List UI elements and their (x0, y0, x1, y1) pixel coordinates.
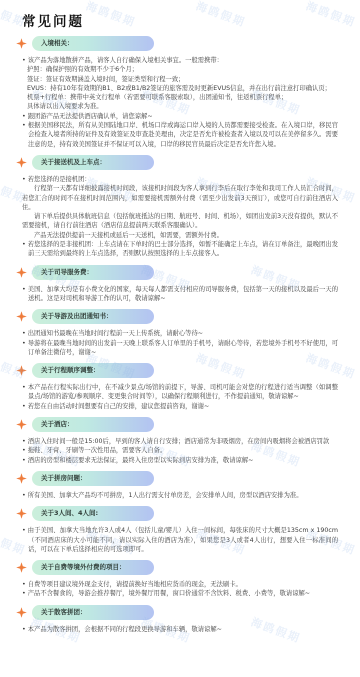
section-body: 若您选择的是接机团：行程第一天都有详细披露接机时间段，该接机时间段为客人拿到行李… (22, 175, 338, 259)
faq-page: 海鸥假期海鸥假期海鸥假期海鸥假期海鸥假期海鸥假期海鸥假期海鸥假期海鸥假期海鸥假期… (0, 0, 360, 677)
section-header-pill: 关于自费等境外付费的项目： (32, 560, 154, 575)
sparkle-icon (16, 473, 27, 484)
faq-paragraph: 导游将在最晚当地时间的出发前一天晚上联系客人订单里的手机号，请耐心等待，若您境外… (22, 339, 338, 358)
section-header-pill: 关于3人间、4人间: (32, 506, 154, 521)
faq-section: 关于接送机及上车点：若您选择的是接机团：行程第一天都有详细披露接机时间段，该接机… (22, 155, 338, 259)
faq-paragraph: EVUS：持有10年有效期的B1、B2或B1/B2签证的旅客需及时更新EVUS信… (22, 84, 338, 93)
section-body: 本产品为散客拼团，会根据不同的行程段更换导游和车辆，敬请谅解~ (22, 625, 338, 634)
section-body: 所有美国、加拿大产品均不可拼房，1人出行需支付单房差，会安排单人间，房型以酒店安… (22, 491, 338, 500)
faq-section: 入境相关：该产品为落地散拼产品，请客人自行确保入境相关事宜。一般需携带：护照：确… (22, 36, 338, 149)
section-header-pill: 入境相关： (32, 36, 154, 51)
faq-paragraph: 出团通知书最晚在当地时间行程前一天上传系统，请耐心等待~ (22, 329, 338, 338)
faq-paragraph: 请下单后提供具体航班信息（包括航班抵达的日期、航班号、时间、机场），如团出发前3… (22, 212, 338, 231)
faq-paragraph: 跟团游产品无法提供酒店确认单，请您谅解~ (22, 112, 338, 121)
sparkle-icon (16, 508, 27, 519)
section-header-row: 关于导游及出团通知书： (16, 309, 338, 324)
section-header-row: 关于行程顺序调整： (16, 363, 338, 378)
sparkle-icon (16, 365, 27, 376)
section-body: 美国、加拿大均是有小费文化的国家，每天每人都需支付相应的司导服务费，包括第一天的… (22, 285, 338, 304)
faq-paragraph: 机票+行程单：携带中英文行程单（若需要可联系客服索取），出团通知书，往返机票行程… (22, 93, 338, 102)
sparkle-icon (16, 311, 27, 322)
section-body: 酒店入住时间一般是15:00后，早到的客人请自行安排；酒店通常为非吸烟房，在房间… (22, 437, 338, 465)
faq-paragraph: 护照：确保护照的有效期不少于6个月； (22, 65, 338, 74)
faq-paragraph: 产品不含餐食的，导游会推荐餐厅，境外餐厅用餐，窗口价通常不含饮料、税费、小费等，… (22, 589, 338, 598)
faq-section: 关于司导服务费：美国、加拿大均是有小费文化的国家，每天每人都需支付相应的司导服务… (22, 265, 338, 304)
section-header-pill: 关于行程顺序调整： (32, 363, 154, 378)
sparkle-icon (16, 267, 27, 278)
page-title: 常见问题 (22, 10, 338, 30)
sparkle-icon (16, 157, 27, 168)
faq-paragraph: 行程第一天都有详细披露接机时间段，该接机时间段为客人拿到行李后在取行李处和我司工… (22, 184, 338, 212)
section-header-pill: 关于拼房问题： (32, 471, 154, 486)
section-header-row: 关于司导服务费： (16, 265, 338, 280)
faq-section: 关于拼房问题：所有美国、加拿大产品均不可拼房，1人出行需支付单房差，会安排单人间… (22, 471, 338, 500)
sparkle-icon (16, 562, 27, 573)
section-header-row: 关于拼房问题： (16, 471, 338, 486)
section-body: 由于美国、加拿大当地允许3人或4人（包括儿童/婴儿）入住一间标间，每张床的尺寸大… (22, 526, 338, 554)
faq-paragraph: 若您选择的是非接机团：上车点请在下单时的巴士部分选择，如暂不能确定上车点，请在订… (22, 240, 338, 259)
sparkle-icon (16, 38, 27, 49)
section-header-pill: 关于散客拼团： (32, 605, 154, 620)
faq-paragraph: 具体请以出入境要求为准。 (22, 102, 338, 111)
faq-paragraph: 本产品为散客拼团，会根据不同的行程段更换导游和车辆，敬请谅解~ (22, 625, 338, 634)
section-header-row: 关于接送机及上车点： (16, 155, 338, 170)
section-body: 出团通知书最晚在当地时间行程前一天上传系统，请耐心等待~导游将在最晚当地时间的出… (22, 329, 338, 357)
section-header-row: 入境相关： (16, 36, 338, 51)
faq-section: 关于散客拼团：本产品为散客拼团，会根据不同的行程段更换导游和车辆，敬请谅解~ (22, 605, 338, 634)
sparkle-icon (16, 607, 27, 618)
section-body: 该产品为落地散拼产品，请客人自行确保入境相关事宜。一般需携带：护照：确保护照的有… (22, 56, 338, 149)
section-header-pill: 关于酒店： (32, 417, 154, 432)
faq-paragraph: 产品无法提供提前一天接机或延后一天送机，如需要，需额外付费。 (22, 231, 338, 240)
section-body: 自费等项目建议境外现金支付，请提前换好当地相应货币的现金，无法刷卡。产品不含餐食… (22, 580, 338, 599)
faq-section: 关于导游及出团通知书：出团通知书最晚在当地时间行程前一天上传系统，请耐心等待~导… (22, 309, 338, 357)
section-header-row: 关于3人间、4人间: (16, 506, 338, 521)
faq-paragraph: 该产品为落地散拼产品，请客人自行确保入境相关事宜。一般需携带： (22, 56, 338, 65)
faq-sections: 入境相关：该产品为落地散拼产品，请客人自行确保入境相关事宜。一般需携带：护照：确… (22, 36, 338, 634)
faq-section: 关于行程顺序调整：本产品在行程实际出行中，在不减少景点/场馆的前提下，导游、司机… (22, 363, 338, 411)
sparkle-icon (16, 419, 27, 430)
faq-paragraph: 本产品在行程实际出行中，在不减少景点/场馆的前提下，导游、司机可能会对您的行程进… (22, 383, 338, 402)
faq-content: 常见问题 入境相关：该产品为落地散拼产品，请客人自行确保入境相关事宜。一般需携带… (22, 10, 338, 634)
faq-paragraph: 美国、加拿大均是有小费文化的国家，每天每人都需支付相应的司导服务费，包括第一天的… (22, 285, 338, 304)
faq-paragraph: 所有美国、加拿大产品均不可拼房，1人出行需支付单房差，会安排单人间，房型以酒店安… (22, 491, 338, 500)
faq-paragraph: 签证：签证有效期涵盖入境时间，签证类型和行程一致； (22, 75, 338, 84)
faq-paragraph: 根据美国移民法，所有从美国陆地口岸、机场口岸或海运口岸入境的人员都需要接受检查。… (22, 121, 338, 149)
faq-paragraph: 若您在自由活动时间想要有自己的安排，建议您提前咨询，谢谢~ (22, 402, 338, 411)
faq-paragraph: 酒店的房型和楼层要求无法保证，最终入住房型以实际到店安排为准，敬请谅解~ (22, 456, 338, 465)
faq-section: 关于酒店：酒店入住时间一般是15:00后，早到的客人请自行安排；酒店通常为非吸烟… (22, 417, 338, 465)
section-header-row: 关于酒店： (16, 417, 338, 432)
faq-paragraph: 由于美国、加拿大当地允许3人或4人（包括儿童/婴儿）入住一间标间，每张床的尺寸大… (22, 526, 338, 554)
section-body: 本产品在行程实际出行中，在不减少景点/场馆的前提下，导游、司机可能会对您的行程进… (22, 383, 338, 411)
section-header-pill: 关于导游及出团通知书： (32, 309, 154, 324)
faq-paragraph: 拖鞋、牙膏、牙刷等一次性用品，需要客人自备。 (22, 446, 338, 455)
faq-paragraph: 酒店入住时间一般是15:00后，早到的客人请自行安排；酒店通常为非吸烟房，在房间… (22, 437, 338, 446)
faq-paragraph: 自费等项目建议境外现金支付，请提前换好当地相应货币的现金，无法刷卡。 (22, 580, 338, 589)
faq-section: 关于3人间、4人间:由于美国、加拿大当地允许3人或4人（包括儿童/婴儿）入住一间… (22, 506, 338, 554)
section-header-pill: 关于司导服务费： (32, 265, 154, 280)
faq-section: 关于自费等境外付费的项目：自费等项目建议境外现金支付，请提前换好当地相应货币的现… (22, 560, 338, 599)
faq-paragraph: 若您选择的是接机团： (22, 175, 338, 184)
section-header-row: 关于自费等境外付费的项目： (16, 560, 338, 575)
section-header-pill: 关于接送机及上车点： (32, 155, 154, 170)
section-header-row: 关于散客拼团： (16, 605, 338, 620)
